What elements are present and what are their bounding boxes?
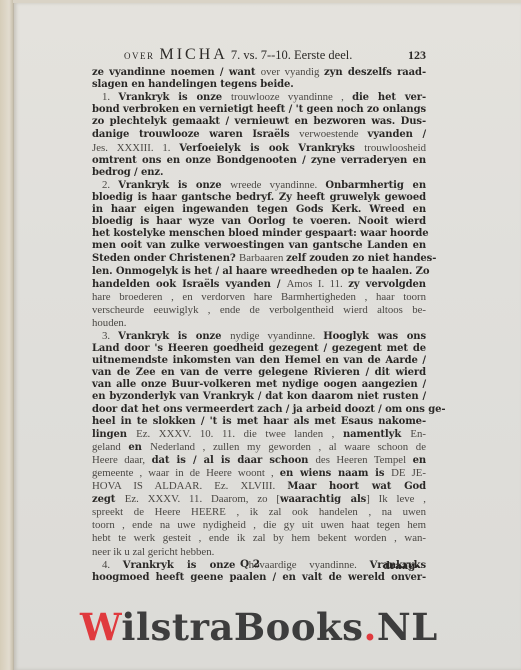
blackletter-run: waarachtig als (280, 494, 366, 505)
book-spine-edge (0, 0, 13, 670)
roman-run: 4. (102, 559, 123, 571)
roman-run: Ez. XXXV. 11. Daarom, zo [ (125, 493, 280, 505)
blackletter-run: zelf zouden zo niet handes- (286, 253, 436, 264)
text-line: hebt te werk gesteit , ende ik zal by he… (92, 532, 426, 545)
text-line: Heere daar, dat is / al is daar schoon d… (92, 454, 426, 467)
roman-run: Barbaaren (239, 252, 286, 264)
text-line: hare broederen , en verdorven hare Barmh… (92, 291, 426, 304)
text-line: spreekt de Heere HEERE , ik zal ook hand… (92, 506, 426, 519)
blackletter-run: bloedig is haar wyze van Oorlog te voere… (92, 216, 426, 227)
text-line: het kostelyke menschen bloed minder gesp… (92, 228, 426, 240)
blackletter-run: Vrankryk is onze (118, 331, 230, 342)
blackletter-run: en wiens naam is (280, 468, 391, 479)
blackletter-run: namentlyk (343, 429, 410, 440)
blackletter-run: dat is / al is daar schoon (152, 455, 316, 466)
roman-run: nydige vyandinne. (230, 330, 323, 342)
blackletter-run: zy vervolgden (348, 279, 426, 290)
text-line: 3. Vrankryk is onze nydige vyandinne. Ho… (92, 330, 426, 343)
text-line: zegt Ez. XXXV. 11. Daarom, zo [waarachti… (92, 493, 426, 506)
roman-run: 1. (102, 91, 118, 103)
text-line: len. Onmogelyk is het / al haare wreedhe… (92, 266, 426, 278)
blackletter-run: Hooglyk was ons (323, 331, 426, 342)
text-line: gemeente , waar in de Heere woont , en w… (92, 467, 426, 480)
text-line: van alle onze Buur-volkeren met nydige o… (92, 379, 426, 391)
body-text: ze vyandinne noemen / want over vyandig … (92, 66, 426, 584)
blackletter-run: uitnemendste inkomsten van den Hemel en … (92, 355, 426, 366)
text-line: 2. Vrankryk is onze wreede vyandinne. On… (92, 179, 426, 192)
blackletter-run: ze vyandinne noemen / want (92, 67, 261, 78)
blackletter-run: heel in te slokken / 't is met haar als … (92, 416, 426, 427)
roman-run: gemeente , waar in de Heere woont , (92, 467, 280, 479)
text-line: bloedig is haar gantsche bedryf. Zy heef… (92, 192, 426, 204)
roman-run: houden. (92, 317, 126, 329)
roman-run: 2. (102, 179, 118, 191)
blackletter-run: handelden ook Israëls vyanden / (92, 279, 287, 290)
running-head: over MICHA 7. vs. 7--10. Eerste deel. 12… (124, 46, 426, 64)
text-line: toorn , ende na uwe nydigheid , die gy u… (92, 519, 426, 532)
blackletter-run: en (413, 455, 426, 466)
blackletter-run: het kostelyke menschen bloed minder gesp… (92, 228, 429, 239)
text-line: ze vyandinne noemen / want over vyandig … (92, 66, 426, 79)
watermark-name: ilstraBooks (121, 605, 363, 649)
roman-run: wreede vyandinne. (230, 179, 325, 191)
blackletter-run: en (128, 442, 150, 453)
roman-run: spreekt de Heere HEERE , ik zal ook hand… (92, 506, 426, 518)
text-line: handelden ook Israëls vyanden / Amos I. … (92, 278, 426, 291)
roman-run: ] Ik leve , (366, 493, 426, 505)
text-line: 1. Vrankryk is onze trouwlooze vyandinne… (92, 91, 426, 104)
text-line: Jes. XXXIII. 1. Verfoeielyk is ook Vrank… (92, 142, 426, 155)
text-line: bloedig is haar wyze van Oorlog te voere… (92, 216, 426, 228)
blackletter-run: slagen en handelingen tegens beide. (92, 79, 294, 90)
watermark-dot: . (364, 605, 377, 649)
roman-run: Amos I. 11. (287, 278, 349, 290)
text-line: zo plechtelyk gemaakt / vernieuwt en bez… (92, 116, 426, 128)
blackletter-run: zyn deszelfs raad- (324, 67, 426, 78)
blackletter-run: bloedig is haar gantsche bedryf. Zy heef… (92, 192, 426, 203)
roman-run: hovaardige vyandinne. (249, 559, 370, 571)
watermark-suffix: NL (377, 605, 438, 649)
text-line: bond verbroken en vernietigt heeft / 't … (92, 104, 426, 116)
text-line: slagen en handelingen tegens beide. (92, 79, 426, 91)
blackletter-run: van de Zee en van de verre gelegene Rivi… (92, 367, 426, 378)
text-line: heel in te slokken / 't is met haar als … (92, 416, 426, 428)
text-line: van de Zee en van de verre gelegene Rivi… (92, 367, 426, 379)
roman-run: HOVA IS ALDAAR. Ez. XLVIII. (92, 480, 287, 492)
roman-run: neer ik u zal gericht hebben. (92, 546, 214, 558)
running-head-book: MICHA (160, 46, 228, 64)
page-number: 123 (408, 48, 426, 63)
blackletter-run: Vrankryk is onze (118, 92, 231, 103)
watermark-initial: W (80, 605, 121, 649)
text-line: uitnemendste inkomsten van den Hemel en … (92, 355, 426, 367)
blackletter-run: bedrog / enz. (92, 167, 163, 178)
roman-run: toorn , ende na uwe nydigheid , die gy u… (92, 519, 426, 531)
blackletter-run: Land door 's Heeren goedheid gezegent / … (92, 343, 426, 354)
blackletter-run: bond verbroken en vernietigt heeft / 't … (92, 104, 426, 115)
blackletter-run: van alle onze Buur-volkeren met nydige o… (92, 379, 426, 390)
roman-run: 3. (102, 330, 118, 342)
running-head-reference: 7. vs. 7--10. Eerste deel. (231, 48, 353, 63)
catchword: draag- (383, 561, 419, 572)
blackletter-run: danige trouwlooze waren Israëls (92, 129, 299, 140)
text-line: verscheurde eeuwiglyk , ende de verbolge… (92, 304, 426, 317)
blackletter-run: door dat het ons vermeerdert zach / ja a… (92, 404, 445, 415)
blackletter-run: en byzonderlyk van Vrankryk / dat kon da… (92, 391, 426, 402)
blackletter-run: zegt (92, 494, 125, 505)
roman-run: verscheurde eeuwiglyk , ende de verbolge… (92, 304, 426, 316)
roman-run: Jes. XXXIII. 1. (92, 142, 179, 154)
blackletter-run: Onbarmhertig en (325, 180, 426, 191)
text-line: houden. (92, 317, 426, 330)
blackletter-run: lingen (92, 429, 136, 440)
text-line: men ooit van zulke verwoestingen van gan… (92, 240, 426, 252)
running-head-prefix: over (124, 51, 155, 61)
roman-run: geland (92, 441, 128, 453)
roman-run: des Heeren Tempel (316, 454, 413, 466)
text-line: hoogmoed heeft geene paalen / en valt de… (92, 572, 426, 584)
blackletter-run: Vrankryk is onze (118, 180, 230, 191)
text-line: door dat het ons vermeerdert zach / ja a… (92, 404, 426, 416)
blackletter-run: zo plechtelyk gemaakt / vernieuwt en bez… (92, 116, 426, 127)
roman-run: hebt te werk gesteit , ende ik zal by he… (92, 532, 426, 544)
blackletter-run: Verfoeielyk is ook Vrankryks (179, 143, 364, 154)
blackletter-run: vyanden / (368, 129, 427, 140)
blackletter-run: men ooit van zulke verwoestingen van gan… (92, 240, 426, 251)
text-line: lingen Ez. XXXV. 10. 11. die twee landen… (92, 428, 426, 441)
blackletter-run: Vrankryk is onze (123, 560, 249, 571)
roman-run: Heere daar, (92, 454, 152, 466)
text-line: in haar eigen ingewanden tegen Gods Kerk… (92, 204, 426, 216)
text-line: en byzonderlyk van Vrankryk / dat kon da… (92, 391, 426, 403)
text-line: geland en Nederland , zullen my geworden… (92, 441, 426, 454)
text-line: Land door 's Heeren goedheid gezegent / … (92, 343, 426, 355)
roman-run: over vyandig (261, 66, 324, 78)
text-line: neer ik u zal gericht hebben. (92, 546, 426, 559)
blackletter-run: Steden onder Christenen? (92, 253, 239, 264)
blackletter-run: in haar eigen ingewanden tegen Gods Kerk… (92, 204, 426, 215)
signature-mark: Q 2 (240, 558, 260, 570)
roman-run: Ez. XXXV. 10. 11. die twee landen , (136, 428, 343, 440)
roman-run: Nederland , zullen my geworden , al waar… (150, 441, 426, 453)
blackletter-run: len. Onmogelyk is het / al haare wreedhe… (92, 266, 429, 277)
roman-run: DE JE- (391, 467, 426, 479)
text-line: danige trouwlooze waren Israëls verwoest… (92, 128, 426, 141)
roman-run: verwoestende (299, 128, 367, 140)
blackletter-run: die het ver- (352, 92, 426, 103)
text-line: Steden onder Christenen? Barbaaren zelf … (92, 252, 426, 265)
blackletter-run: hoogmoed heeft geene paalen / en valt de… (92, 572, 426, 583)
roman-run: trouwloosheid (364, 142, 426, 154)
blackletter-run: omtrent ons en onze Bondgenooten / zyne … (92, 155, 426, 166)
text-line: bedrog / enz. (92, 167, 426, 179)
roman-run: En- (410, 428, 426, 440)
roman-run: hare broederen , en verdorven hare Barmh… (92, 291, 426, 303)
text-line: omtrent ons en onze Bondgenooten / zyne … (92, 155, 426, 167)
text-line: HOVA IS ALDAAR. Ez. XLVIII. Maar hoort w… (92, 480, 426, 493)
blackletter-run: Maar hoort wat God (287, 481, 426, 492)
wilstrabooks-watermark: WilstraBooks.NL (80, 605, 438, 649)
roman-run: trouwlooze vyandinne , (231, 91, 352, 103)
